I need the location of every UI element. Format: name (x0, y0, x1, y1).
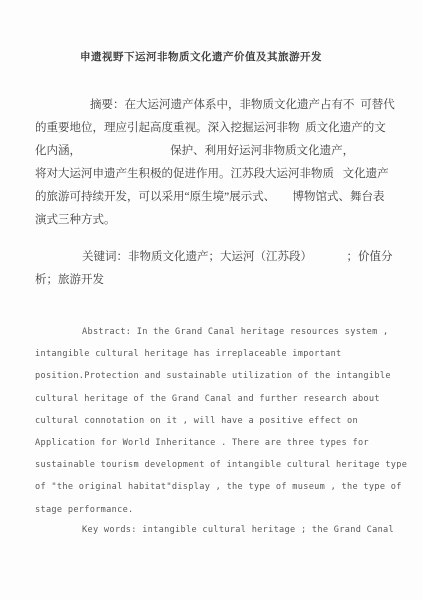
abstract-en-line: stage performance. (35, 499, 415, 521)
abstract-zh-line: 的旅游可持续开发，可以采用“原生境”展示式、 博物馆式、舞台表 (35, 186, 415, 209)
keywords-zh-line: 析；旅游开发 (35, 269, 415, 292)
english-abstract: Abstract: In the Grand Canal heritage re… (35, 321, 415, 521)
abstract-en-line: Abstract: In the Grand Canal heritage re… (35, 321, 415, 343)
abstract-en-line: position.Protection and sustainable util… (35, 365, 415, 387)
abstract-en-line: cultural connotation on it , will have a… (35, 410, 415, 432)
abstract-en-line: Application for World Inheritance . Ther… (35, 432, 415, 454)
abstract-en-line: of "the original habitat"display , the t… (35, 476, 415, 498)
abstract-zh-line: 将对大运河申遗产生积极的促进作用。江苏段大运河非物质 文化遗产 (35, 163, 415, 186)
abstract-en-line: sustainable tourism development of intan… (35, 454, 415, 476)
abstract-en-line: intangible cultural heritage has irrepla… (35, 343, 415, 365)
keywords-zh-line: 关键词：非物质文化遗产；大运河（江苏段） ；价值分 (35, 246, 415, 269)
keywords-en-line: Key words: intangible cultural heritage … (35, 519, 415, 541)
chinese-abstract: 摘要：在大运河遗产体系中，非物质文化遗产占有不 可替代 的重要地位，理应引起高度… (35, 94, 415, 232)
abstract-zh-line: 的重要地位，理应引起高度重视。深入挖掘运河非物 质文化遗产的文 (35, 117, 415, 140)
english-keywords: Key words: intangible cultural heritage … (35, 519, 415, 541)
abstract-en-line: cultural heritage of the Grand Canal and… (35, 388, 415, 410)
document-title: 申遗视野下运河非物质文化遗产价值及其旅游开发 (80, 49, 322, 64)
abstract-zh-line: 化内涵， 保护、利用好运河非物质文化遗产， (35, 140, 415, 163)
chinese-keywords: 关键词：非物质文化遗产；大运河（江苏段） ；价值分 析；旅游开发 (35, 246, 415, 292)
abstract-zh-line: 摘要：在大运河遗产体系中，非物质文化遗产占有不 可替代 (35, 94, 415, 117)
document-page: 申遗视野下运河非物质文化遗产价值及其旅游开发 摘要：在大运河遗产体系中，非物质文… (0, 0, 423, 600)
abstract-zh-line: 演式三种方式。 (35, 209, 415, 232)
